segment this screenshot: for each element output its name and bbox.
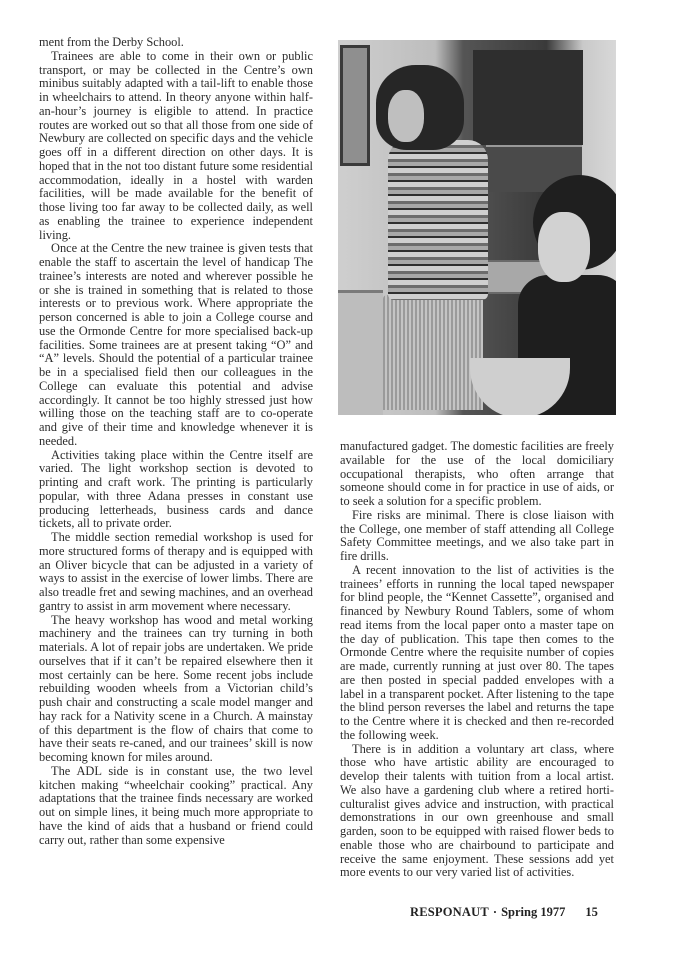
issue-date: Spring 1977: [501, 905, 565, 919]
paragraph: The heavy workshop has wood and metal wo…: [39, 614, 313, 765]
paragraph: A recent innovation to the list of activ…: [340, 564, 614, 743]
photo-seated-woman-face: [538, 212, 590, 282]
photo-picture-frame: [340, 45, 370, 166]
paragraph: Once at the Centre the new trainee is gi…: [39, 242, 313, 448]
page-footer: RESPONAUT·Spring 197715: [410, 905, 598, 920]
paragraph: Trainees are able to come in their own o…: [39, 50, 313, 243]
paragraph: Fire risks are minimal. There is close l…: [340, 509, 614, 564]
left-column: ment from the Derby School. Trainees are…: [39, 36, 313, 847]
photo-window: [473, 50, 583, 145]
kitchen-photo: [338, 40, 616, 415]
paragraph: Activities taking place within the Centr…: [39, 449, 313, 532]
paragraph: There is in addition a voluntary art cla…: [340, 743, 614, 881]
photo-counter: [338, 290, 383, 415]
paragraph: The middle section remedial workshop is …: [39, 531, 313, 614]
paragraph: ment from the Derby School.: [39, 36, 313, 50]
magazine-title: RESPONAUT: [410, 905, 489, 919]
page-number: 15: [585, 905, 598, 919]
paragraph: The ADL side is in constant use, the two…: [39, 765, 313, 848]
footer-separator: ·: [493, 905, 497, 919]
photo-standing-woman-face: [388, 90, 424, 142]
photo-standing-woman-sweater: [388, 140, 488, 300]
paragraph: manufactured gadget. The domestic facili…: [340, 440, 614, 509]
photo-standing-woman-skirt: [383, 295, 483, 410]
right-column: manufactured gadget. The domestic facili…: [340, 440, 614, 880]
